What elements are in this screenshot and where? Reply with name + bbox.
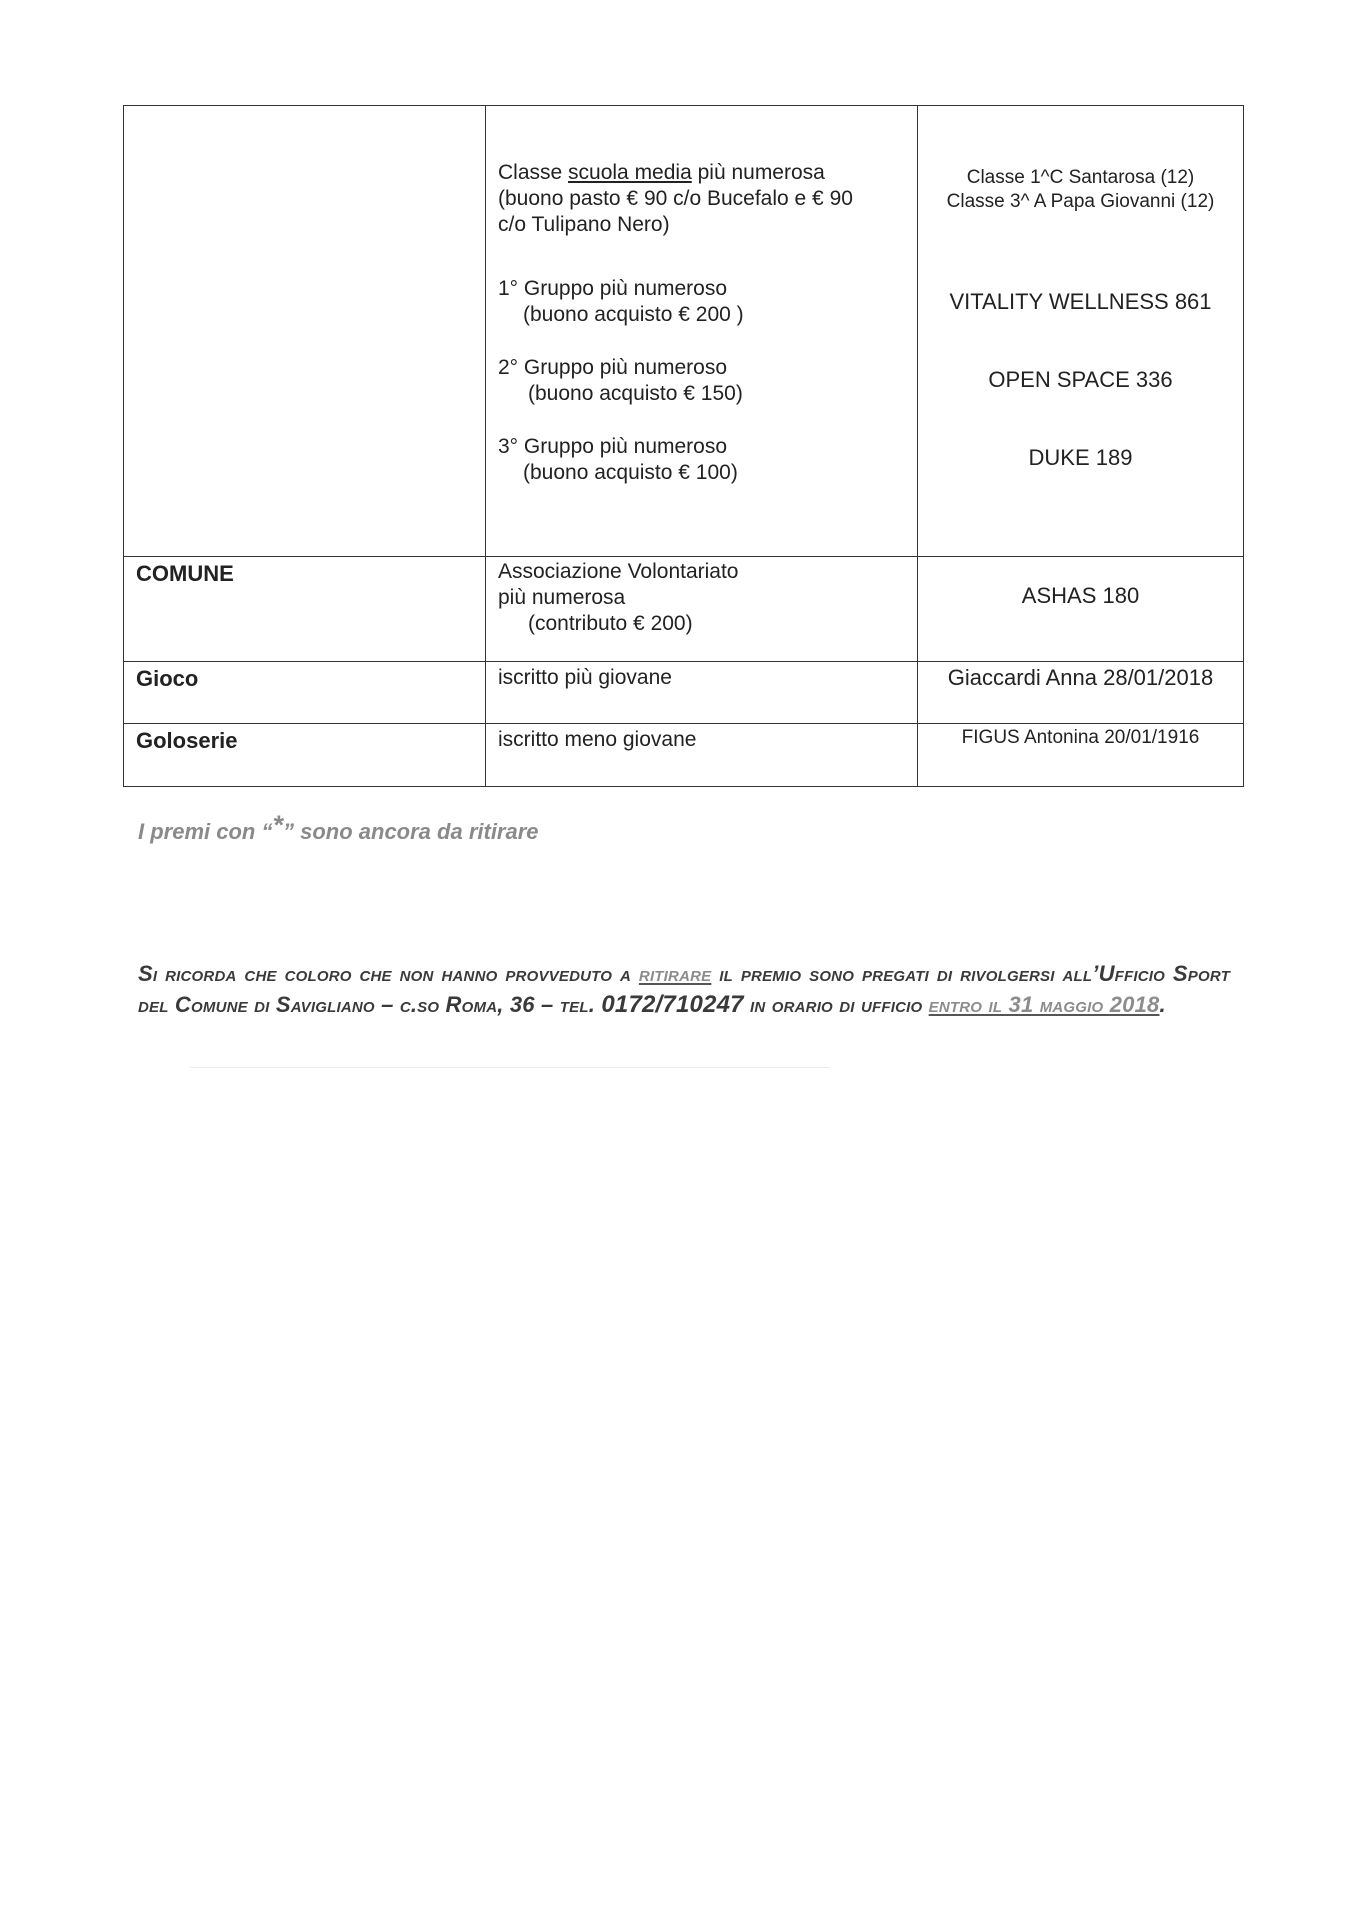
prize-cell: Classe scuola media più numerosa (buono … [486, 106, 918, 557]
phone-number: 0172/710247 [601, 991, 743, 1018]
prize-cell: Associazione Volontariato più numerosa (… [486, 557, 918, 662]
table-row: Classe scuola media più numerosa (buono … [124, 106, 1244, 557]
prize-cell: iscritto più giovane [486, 662, 918, 724]
prize-school-class: Classe scuola media più numerosa (buono … [498, 160, 917, 238]
scan-artifact-line [190, 1067, 830, 1068]
winner-cell: Classe 1^C Santarosa (12) Classe 3^ A Pa… [918, 106, 1244, 557]
winner-group-1: VITALITY WELLNESS 861 [918, 289, 1243, 315]
winner-group-3: DUKE 189 [918, 445, 1243, 471]
winner-school-class: Classe 1^C Santarosa (12) Classe 3^ A Pa… [918, 166, 1243, 214]
prize-group-1: 1° Gruppo più numeroso (buono acquisto €… [498, 276, 917, 328]
winner-cell: Giaccardi Anna 28/01/2018 [918, 662, 1244, 724]
underlined-text: scuola media [568, 161, 692, 184]
winner-cell: ASHAS 180 [918, 557, 1244, 662]
table-row: Gioco iscritto più giovane Giaccardi Ann… [124, 662, 1244, 724]
winner-group-2: OPEN SPACE 336 [918, 367, 1243, 393]
category-cell: Gioco [124, 662, 486, 724]
document-page: Classe scuola media più numerosa (buono … [0, 0, 1358, 1920]
category-cell [124, 106, 486, 557]
winner-cell: FIGUS Antonina 20/01/1916 [918, 724, 1244, 787]
prize-winners-table: Classe scuola media più numerosa (buono … [123, 105, 1244, 787]
deadline-underlined: entro il 31 maggio 2018 [929, 992, 1160, 1017]
collection-reminder-paragraph: Si ricorda che coloro che non hanno prov… [138, 958, 1230, 1020]
asterisk-marker: * [272, 810, 283, 840]
prize-group-2: 2° Gruppo più numeroso (buono acquisto €… [498, 355, 917, 407]
category-cell: Goloserie [124, 724, 486, 787]
prize-group-3: 3° Gruppo più numeroso (buono acquisto €… [498, 434, 917, 486]
ritirare-underlined: ritirare [639, 961, 711, 986]
table-row: Goloserie iscritto meno giovane FIGUS An… [124, 724, 1244, 787]
prize-cell: iscritto meno giovane [486, 724, 918, 787]
table-row: COMUNE Associazione Volontariato più num… [124, 557, 1244, 662]
category-cell: COMUNE [124, 557, 486, 662]
prizes-to-collect-note: I premi con “*” sono ancora da ritirare [138, 810, 539, 845]
